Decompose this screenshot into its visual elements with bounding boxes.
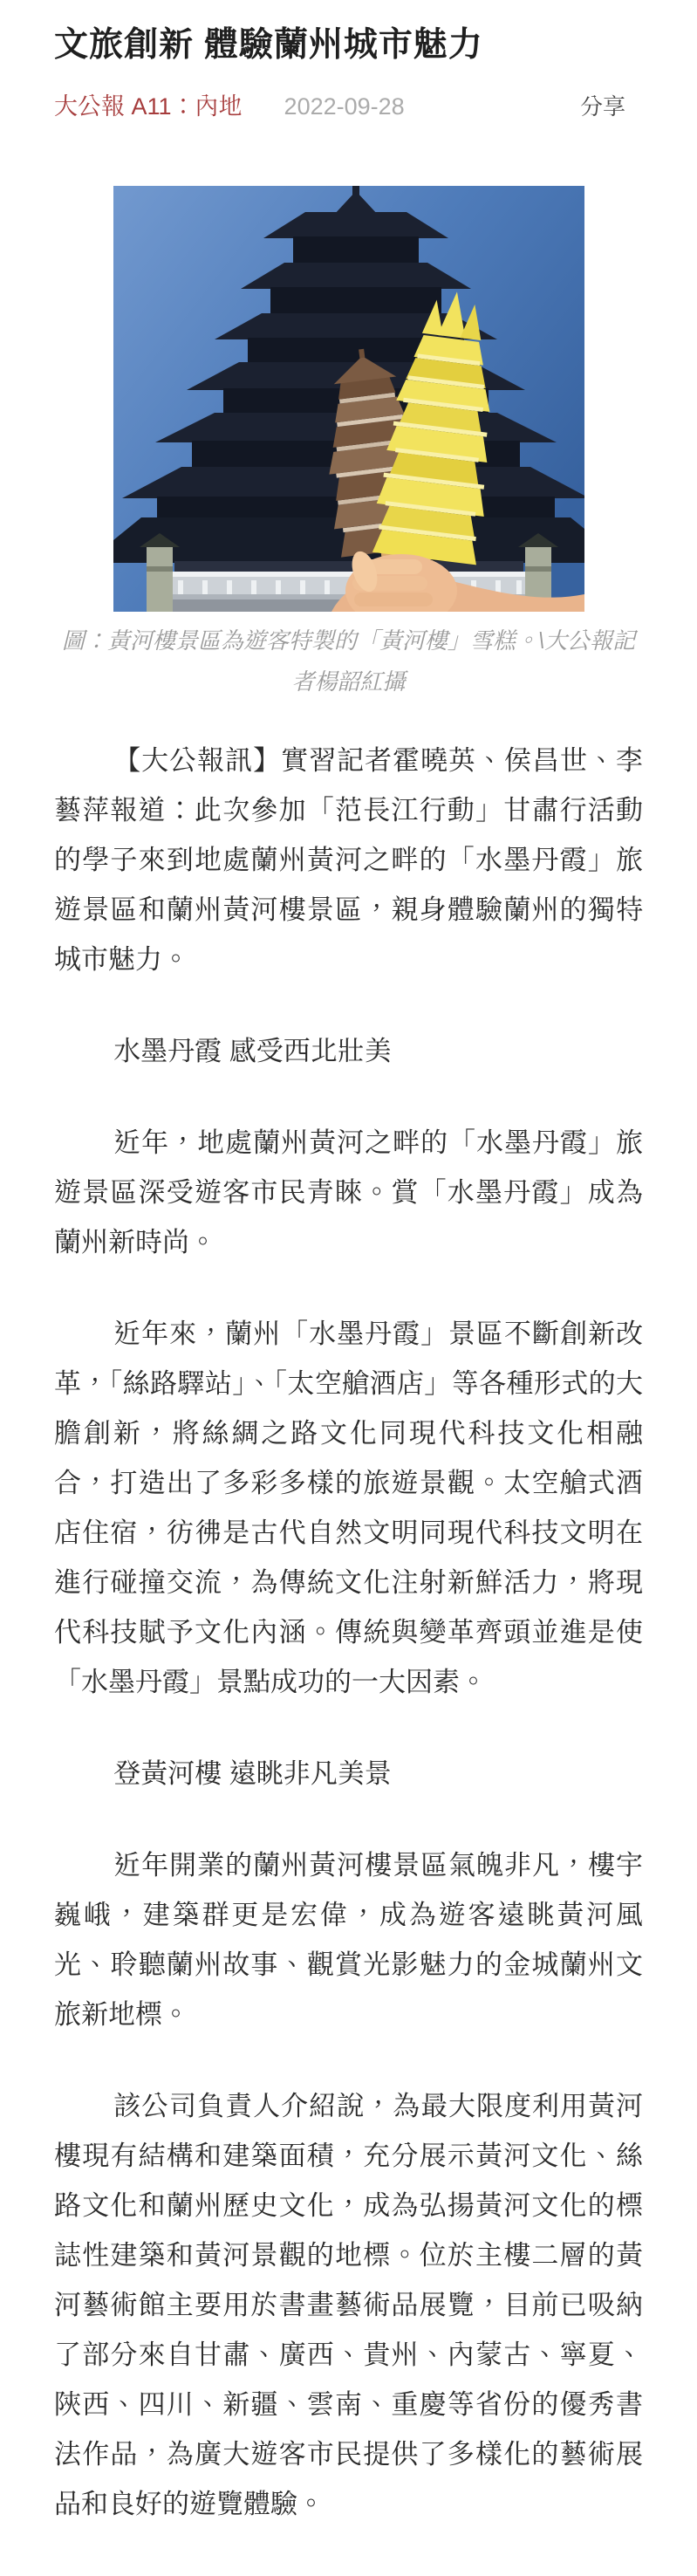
paragraph-section2-2: 該公司負責人介紹說，為最大限度利用黃河樓現有結構和建築面積，充分展示黃河文化、絲… xyxy=(54,2081,643,2529)
paragraph-intro: 【大公報訊】實習記者霍曉英、侯昌世、李藝萍報道：此次參加「范長江行動」甘肅行活動… xyxy=(54,736,643,984)
article-container: 文旅創新 體驗蘭州城市魅力 大公報 A11：內地 2022-09-28 分享 xyxy=(0,0,697,2576)
paragraph-section1-1: 近年，地處蘭州黃河之畔的「水墨丹霞」旅遊景區深受遊客市民青睞。賞「水墨丹霞」成為… xyxy=(54,1118,643,1267)
photo-caption: 圖：黃河樓景區為遊客特製的「黃河樓」雪糕。\大公報記者楊韶紅攝 xyxy=(56,620,642,702)
publish-date: 2022-09-28 xyxy=(284,92,405,121)
article-figure: 圖：黃河樓景區為遊客特製的「黃河樓」雪糕。\大公報記者楊韶紅攝 xyxy=(113,186,584,702)
subheading-shuimo-danxia: 水墨丹霞 感受西北壯美 xyxy=(54,1026,643,1076)
article-body: 【大公報訊】實習記者霍曉英、侯昌世、李藝萍報道：此次參加「范長江行動」甘肅行活動… xyxy=(54,736,643,2529)
paragraph-section1-2: 近年來，蘭州「水墨丹霞」景區不斷創新改革，「絲路驛站」、「太空艙酒店」等各種形式… xyxy=(54,1309,643,1707)
source-section-link[interactable]: 大公報 A11：內地 xyxy=(54,92,243,121)
article-photo xyxy=(113,186,584,612)
article-meta: 大公報 A11：內地 2022-09-28 分享 xyxy=(54,89,643,121)
subheading-huanghe-tower: 登黃河樓 遠眺非凡美景 xyxy=(54,1749,643,1798)
page-title: 文旅創新 體驗蘭州城市魅力 xyxy=(54,23,643,68)
share-button[interactable]: 分享 xyxy=(580,89,625,121)
paragraph-section2-1: 近年開業的蘭州黃河樓景區氣魄非凡，樓宇巍峨，建築群更是宏偉，成為遊客遠眺黃河風光… xyxy=(54,1840,643,2039)
article-page: 文旅創新 體驗蘭州城市魅力 大公報 A11：內地 2022-09-28 分享 xyxy=(0,0,697,2576)
